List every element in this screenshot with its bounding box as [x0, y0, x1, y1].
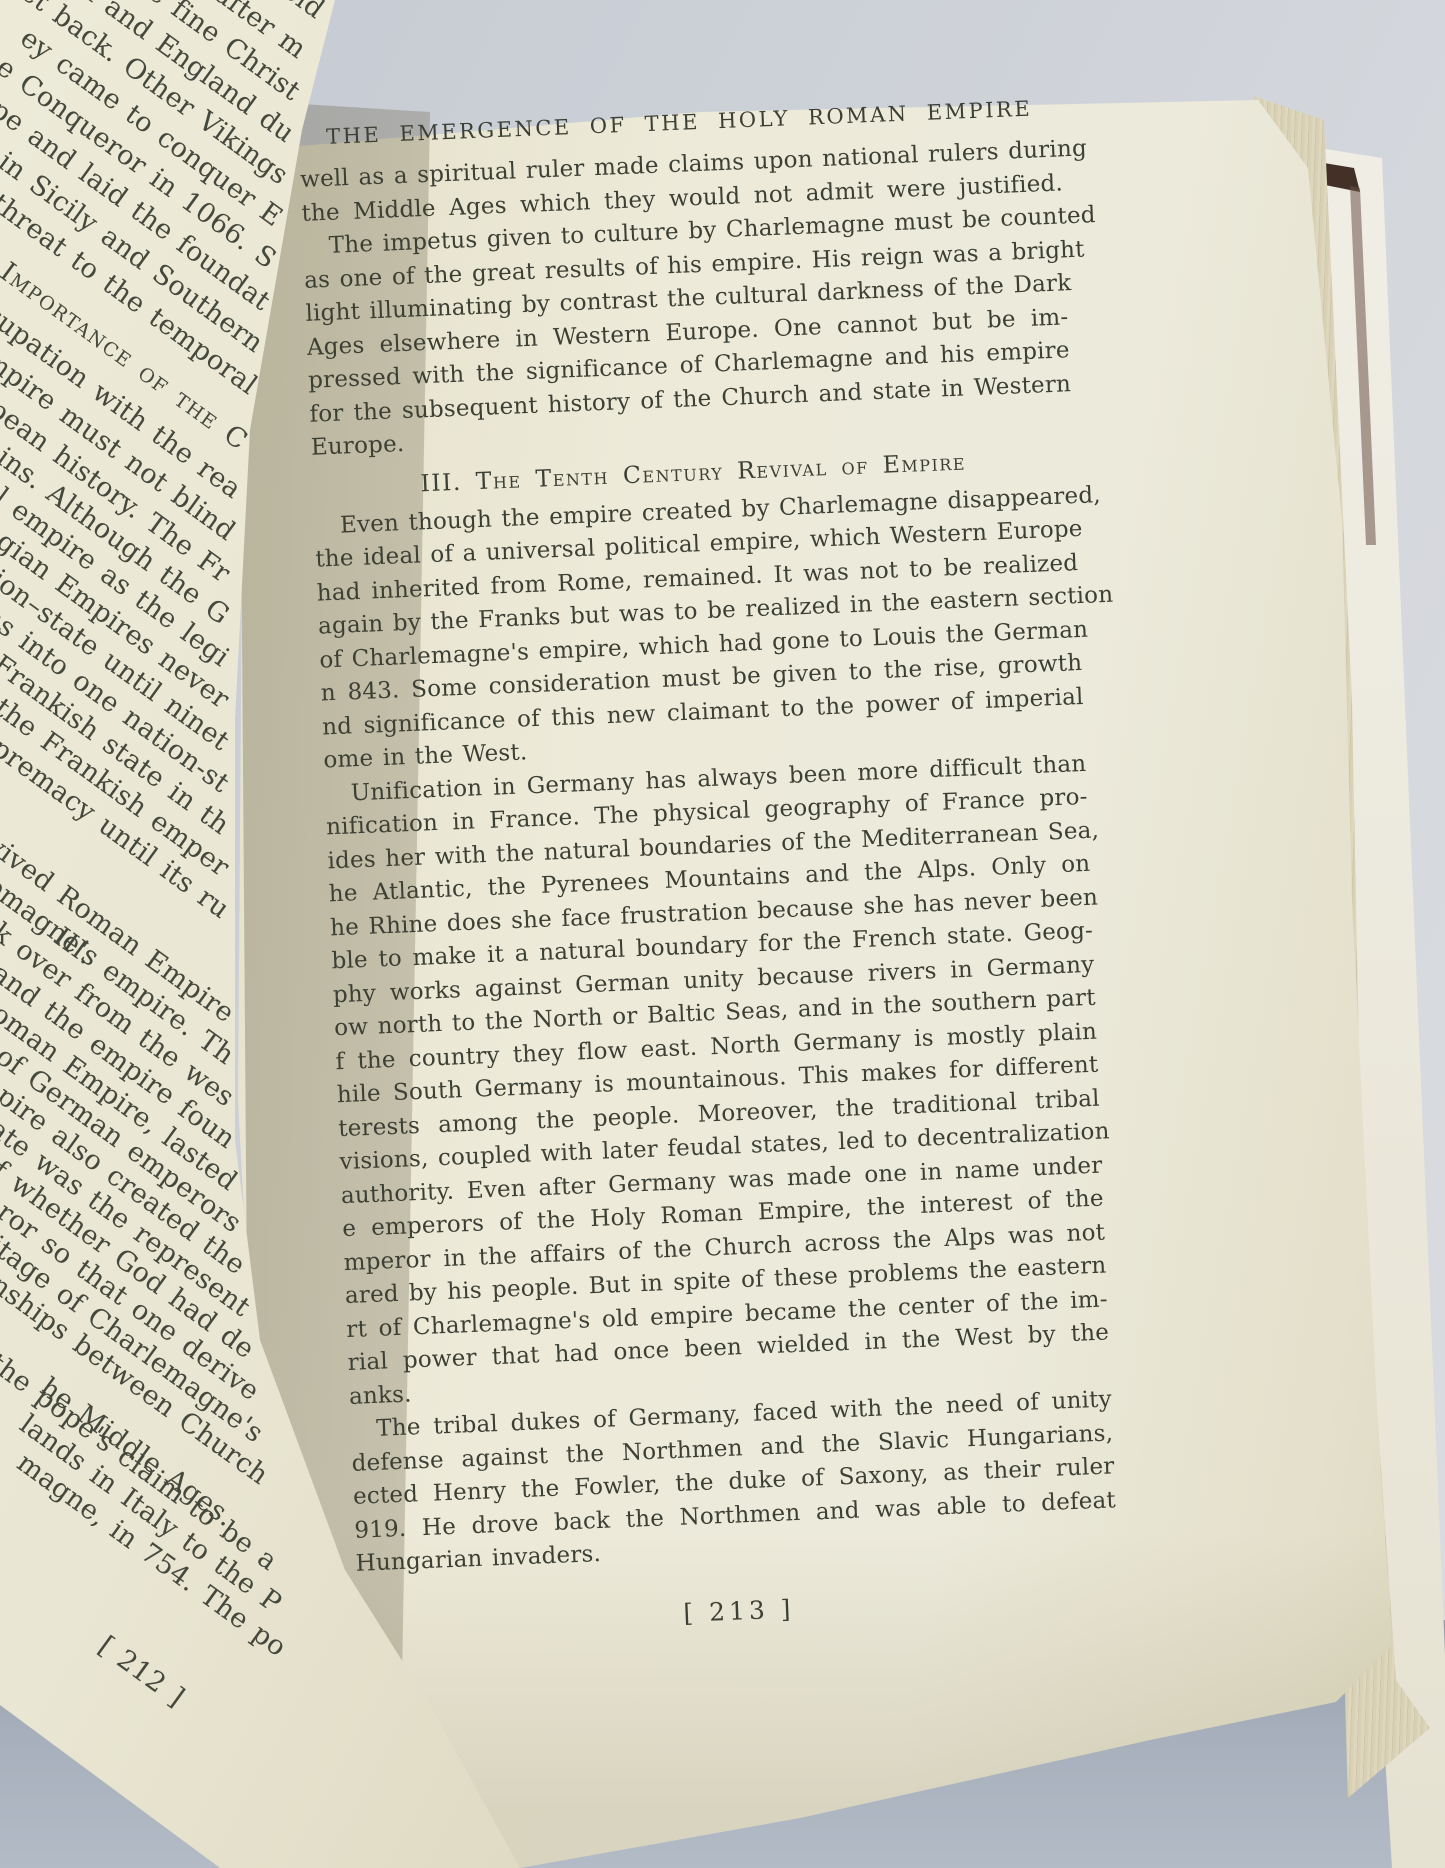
right-page-text: THE EMERGENCE OF THE HOLY ROMAN EMPIRE w…	[298, 95, 1120, 1640]
book-photo: THE EMERGENCE OF THE HOLY ROMAN EMPIRE w…	[0, 0, 1445, 1868]
right-page-body: well as a spiritual ruler made claims up…	[300, 133, 1118, 1581]
